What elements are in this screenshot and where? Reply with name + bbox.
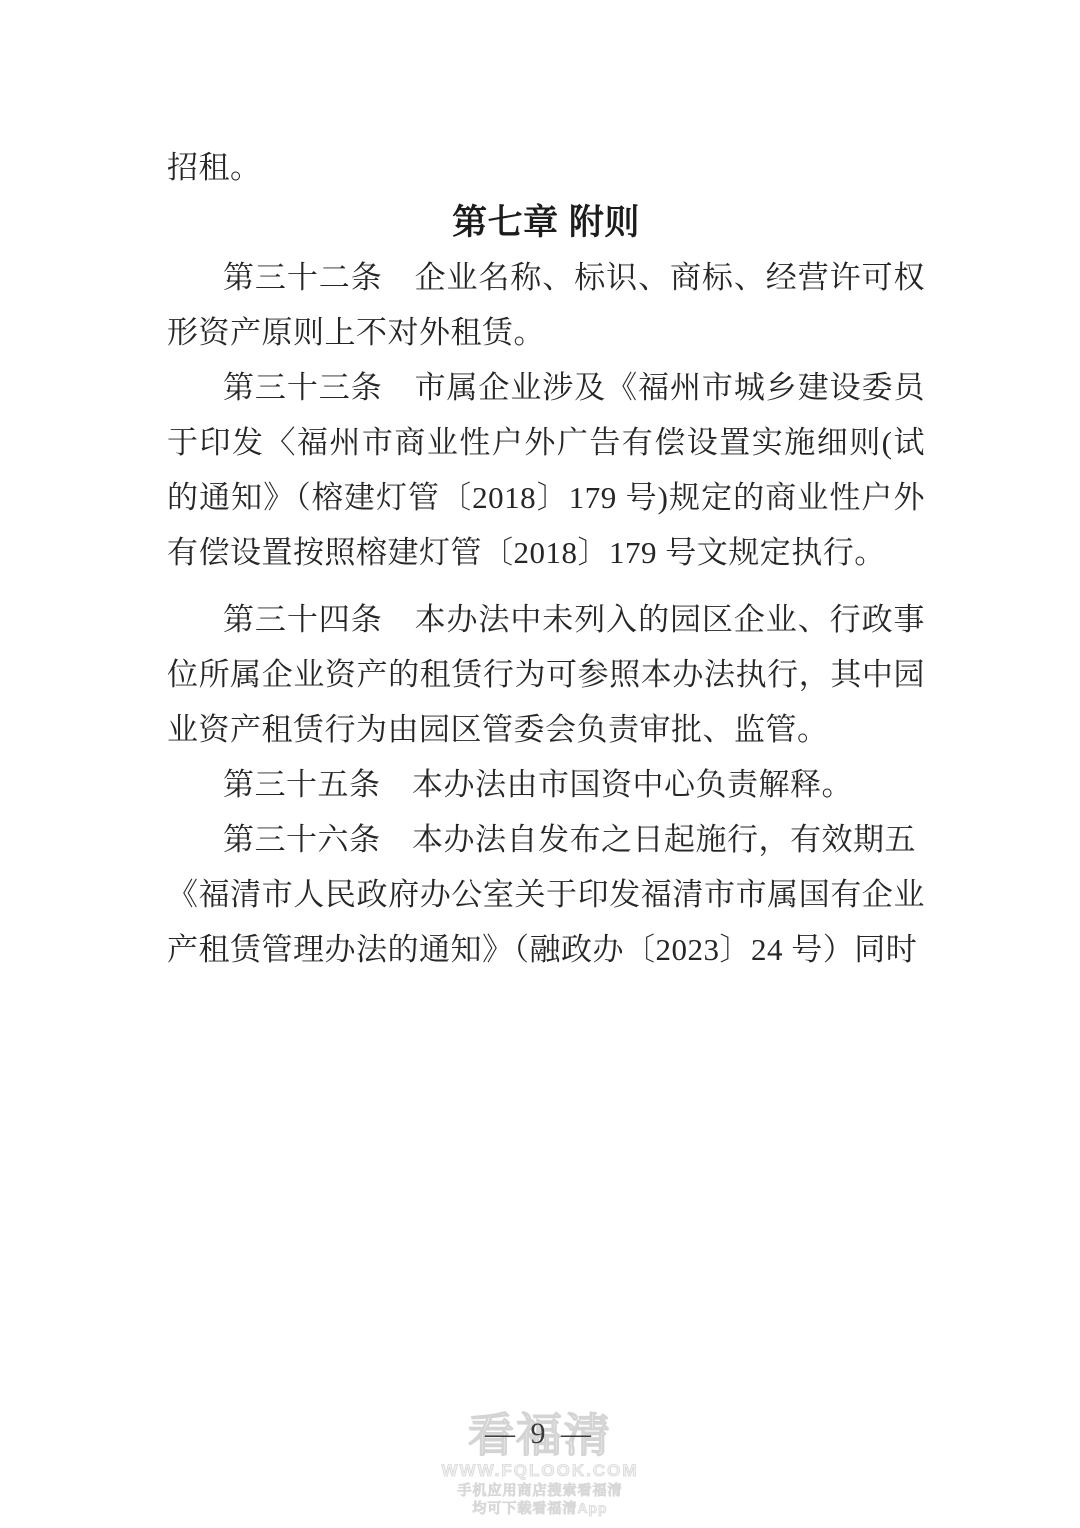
watermark-tagline-2: 均可下载看福清App bbox=[0, 1499, 1080, 1517]
text-line: 第三十四条 本办法中未列入的园区企业、行政事业单 bbox=[167, 592, 925, 647]
watermark-tagline-1: 手机应用商店搜索看福清 bbox=[0, 1481, 1080, 1499]
text-line: 形资产原则上不对外租赁。 bbox=[167, 305, 925, 360]
text-line: 位所属企业资产的租赁行为可参照本办法执行，其中园区企 bbox=[167, 647, 925, 702]
document-page: 招租。第七章 附则第三十二条 企业名称、标识、商标、经营许可权等无形资产原则上不… bbox=[0, 0, 1080, 1528]
text-line: 的通知》（榕建灯管〔2018〕179 号)规定的商业性户外广告 bbox=[167, 470, 925, 525]
document-body: 招租。第七章 附则第三十二条 企业名称、标识、商标、经营许可权等无形资产原则上不… bbox=[167, 140, 925, 977]
chapter-heading: 第七章 附则 bbox=[167, 195, 925, 250]
text-line: 第三十五条 本办法由市国资中心负责解释。 bbox=[167, 757, 925, 812]
text-line: 招租。 bbox=[167, 140, 925, 195]
text-line: 第三十三条 市属企业涉及《福州市城乡建设委员会关 bbox=[167, 360, 925, 415]
text-line: 业资产租赁行为由园区管委会负责审批、监管。 bbox=[167, 702, 925, 757]
text-line: 产租赁管理办法的通知》（融政办〔2023〕24 号）同时废止。 bbox=[167, 922, 925, 977]
text-line: 于印发〈福州市商业性户外广告有偿设置实施细则(试行)〉 bbox=[167, 415, 925, 470]
text-line: 《福清市人民政府办公室关于印发福清市市属国有企业资 bbox=[167, 867, 925, 922]
text-line: 有偿设置按照榕建灯管〔2018〕179 号文规定执行。 bbox=[167, 525, 925, 580]
text-line: 第三十二条 企业名称、标识、商标、经营许可权等无 bbox=[167, 250, 925, 305]
watermark-url: WWW.FQLOOK.COM bbox=[0, 1460, 1080, 1481]
page-number: — 9 — bbox=[0, 1417, 1080, 1451]
text-line: 第三十六条 本办法自发布之日起施行，有效期五年。 bbox=[167, 812, 925, 867]
